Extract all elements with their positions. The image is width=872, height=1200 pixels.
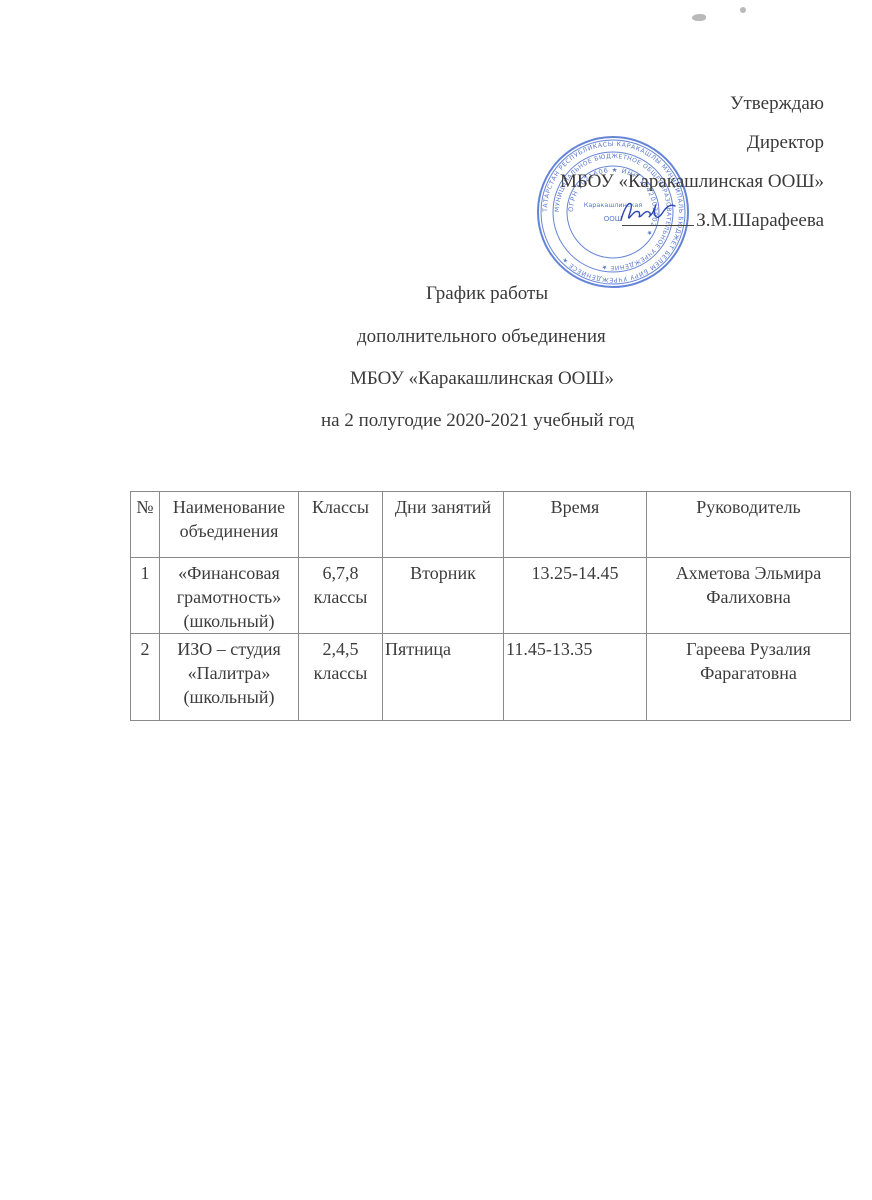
title-line-1: График работы <box>426 283 548 305</box>
cell-classes: 6,7,8 классы <box>299 558 383 634</box>
cell-name: ИЗО – студия «Палитра» (школьный) <box>160 634 299 721</box>
header-time: Время <box>504 492 647 558</box>
cell-number: 1 <box>131 558 160 634</box>
cell-classes: 2,4,5 классы <box>299 634 383 721</box>
approval-block: Утверждаю Директор МБОУ «Каракашлинская … <box>560 84 824 240</box>
table-row: 2 ИЗО – студия «Палитра» (школьный) 2,4,… <box>131 634 851 721</box>
cell-days: Вторник <box>383 558 504 634</box>
cell-time: 11.45-13.35 <box>504 634 647 721</box>
scan-speck <box>740 7 746 13</box>
cell-leader: Гареева Рузалия Фарагатовна <box>647 634 851 721</box>
title-line-2: дополнительного объединения <box>357 326 606 348</box>
scan-speck <box>692 14 706 21</box>
header-leader: Руководитель <box>647 492 851 558</box>
cell-days: Пятница <box>383 634 504 721</box>
header-days: Дни занятий <box>383 492 504 558</box>
cell-leader: Ахметова Эльмира Фалиховна <box>647 558 851 634</box>
table-header-row: № Наименование объединения Классы Дни за… <box>131 492 851 558</box>
header-name: Наименование объединения <box>160 492 299 558</box>
title-line-4: на 2 полугодие 2020-2021 учебный год <box>321 410 634 432</box>
cell-time: 13.25-14.45 <box>504 558 647 634</box>
header-classes: Классы <box>299 492 383 558</box>
signature-icon <box>617 196 677 226</box>
cell-number: 2 <box>131 634 160 721</box>
title-line-3: МБОУ «Каракашлинская ООШ» <box>350 368 614 390</box>
schedule-table: № Наименование объединения Классы Дни за… <box>130 491 851 721</box>
table-row: 1 «Финансовая грамотность» (школьный) 6,… <box>131 558 851 634</box>
header-number: № <box>131 492 160 558</box>
cell-name: «Финансовая грамотность» (школьный) <box>160 558 299 634</box>
approval-organization: МБОУ «Каракашлинская ООШ» <box>560 162 824 201</box>
approval-signatory-line: З.М.Шарафеева <box>560 201 824 240</box>
approval-position: Директор <box>560 123 824 162</box>
approval-heading: Утверждаю <box>560 84 824 123</box>
approval-signatory: З.М.Шарафеева <box>696 210 824 231</box>
